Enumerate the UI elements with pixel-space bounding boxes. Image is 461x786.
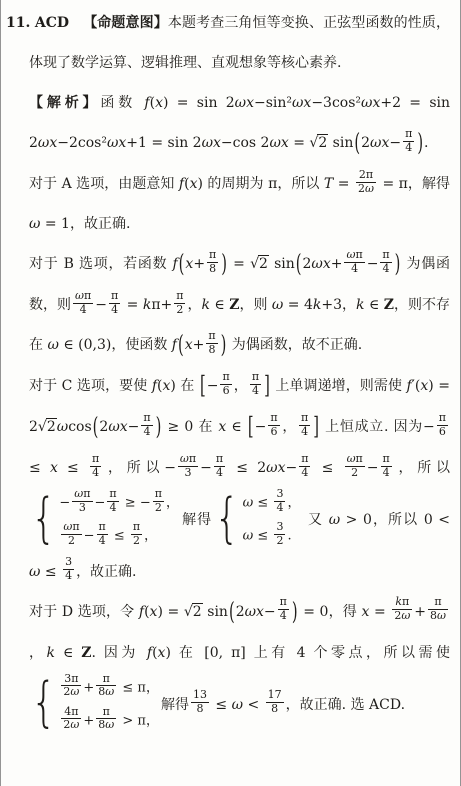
fraction: 34 bbox=[274, 488, 285, 514]
math-variable: ωx bbox=[311, 256, 330, 272]
text-run: ， bbox=[29, 645, 47, 661]
numerator: 3 bbox=[274, 521, 285, 535]
denominator: 6 bbox=[268, 426, 279, 439]
math-variable: ω bbox=[57, 419, 68, 435]
text-run: = 1，故正确. bbox=[40, 216, 130, 232]
text-run: ) = sin 2 bbox=[163, 95, 235, 111]
text-run: ∈ bbox=[226, 419, 247, 435]
denominator: 3 bbox=[72, 502, 92, 515]
math-variable: ω bbox=[272, 297, 283, 313]
text-run: = π，解得 bbox=[378, 176, 450, 192]
denominator: 4 bbox=[63, 570, 74, 583]
text-run: ≥ − bbox=[121, 496, 151, 511]
solution-system-c: {ω ≤ 34，ω ≤ 32. bbox=[214, 490, 300, 550]
denominator: 6 bbox=[437, 426, 448, 439]
math-variable: ω bbox=[365, 182, 374, 195]
math-variable: ωx bbox=[108, 419, 127, 435]
text-run bbox=[69, 15, 83, 31]
denominator: 2ω bbox=[356, 183, 376, 196]
math-variable: ωx bbox=[292, 95, 311, 111]
text-run: ) 的周期为 π，所以 bbox=[197, 176, 323, 192]
radicand: 2 bbox=[317, 134, 328, 151]
fraction: π4 bbox=[299, 453, 310, 479]
text-run: − bbox=[200, 460, 212, 476]
cases-row: ωπ2−π4 ≤ π2， bbox=[59, 523, 179, 549]
numerator: ωπ bbox=[72, 488, 92, 502]
text-run: ≤ bbox=[29, 460, 50, 476]
denominator: 4 bbox=[381, 467, 392, 480]
text-run: ， bbox=[187, 297, 201, 313]
math-variable: ω bbox=[63, 520, 72, 533]
cases-row: −ωπ3−π4 ≥ −π2， bbox=[59, 490, 179, 516]
denominator: 3 bbox=[178, 467, 198, 480]
numerator: π bbox=[96, 673, 116, 687]
math-variable: x bbox=[185, 337, 193, 353]
numerator: π bbox=[107, 488, 118, 502]
fraction: π4 bbox=[250, 371, 261, 397]
fraction: π2 bbox=[131, 521, 142, 547]
numerator: π bbox=[428, 596, 448, 610]
math-variable: ω bbox=[243, 529, 254, 544]
numerator: π bbox=[437, 412, 448, 426]
numerator: ωπ bbox=[61, 521, 81, 535]
text-run: 上恒成立. 因为− bbox=[320, 419, 435, 435]
text-run: +3， bbox=[321, 297, 356, 313]
text-run: + bbox=[83, 713, 94, 728]
text-run: sin bbox=[328, 135, 353, 151]
text-run: sin bbox=[269, 256, 295, 272]
math-variable: k bbox=[201, 297, 209, 313]
problem-number: 11. bbox=[6, 15, 30, 31]
denominator: 2 bbox=[274, 535, 285, 548]
denominator: 2 bbox=[61, 535, 81, 548]
final-answer: 选 ACD. bbox=[351, 696, 405, 712]
numerator: 3 bbox=[274, 488, 285, 502]
math-variable: ω bbox=[180, 452, 189, 465]
fraction: π4 bbox=[380, 249, 391, 275]
math-variable: k bbox=[395, 595, 402, 608]
math-variable: ω bbox=[70, 718, 79, 731]
numerator: ωπ bbox=[178, 453, 198, 467]
big-delimiter: ( bbox=[296, 232, 302, 298]
fraction: ωπ4 bbox=[73, 290, 93, 316]
text-run: = 0，得 bbox=[299, 604, 362, 620]
fraction: 34 bbox=[63, 556, 74, 582]
text-run: cos bbox=[68, 419, 91, 435]
text-run: 2 bbox=[361, 135, 370, 151]
big-delimiter: ] bbox=[264, 354, 270, 420]
fraction: π4 bbox=[214, 453, 225, 479]
cases-row: 3π2ω+π8ω ≤ π， bbox=[59, 675, 159, 701]
math-variable: T bbox=[324, 176, 333, 192]
left-brace: { bbox=[31, 677, 56, 731]
fraction: ωπ3 bbox=[178, 453, 198, 479]
numerator: π bbox=[174, 290, 185, 304]
numerator: 2π bbox=[356, 169, 376, 183]
denominator: 2ω bbox=[392, 610, 412, 623]
denominator: 4 bbox=[299, 467, 310, 480]
big-delimiter: ) bbox=[417, 111, 423, 177]
fraction: π4 bbox=[278, 596, 289, 622]
left-brace: { bbox=[214, 493, 239, 547]
big-delimiter: ( bbox=[229, 580, 235, 646]
math-variable: ω bbox=[232, 696, 243, 712]
denominator: 2 bbox=[345, 467, 365, 480]
text-run: = bbox=[369, 604, 390, 620]
fraction: π8ω bbox=[96, 706, 116, 732]
text-run: ，所以− bbox=[103, 460, 176, 476]
numerator: π bbox=[299, 453, 310, 467]
fraction: 138 bbox=[191, 689, 209, 715]
text-run: 又 bbox=[302, 512, 328, 528]
fraction: π8 bbox=[206, 330, 217, 356]
denominator: 4 bbox=[299, 426, 310, 439]
numerator: π bbox=[403, 128, 414, 142]
fraction: kπ2ω bbox=[392, 596, 412, 622]
numerator: π bbox=[207, 249, 218, 263]
text-run: − bbox=[95, 297, 107, 313]
text-run: ，所以 bbox=[394, 460, 450, 476]
math-variable: ωx bbox=[38, 135, 57, 151]
integer-set-symbol: Z bbox=[229, 297, 239, 313]
cases-rows: ω ≤ 34，ω ≤ 32. bbox=[243, 490, 301, 550]
text-run: π+ bbox=[151, 297, 172, 313]
fraction: π2 bbox=[153, 488, 164, 514]
math-variable: ω bbox=[29, 216, 40, 232]
math-variable: x bbox=[155, 95, 163, 111]
radicand: 2 bbox=[258, 255, 269, 272]
text-run: ≤ π， bbox=[118, 680, 159, 695]
cases-rows: 3π2ω+π8ω ≤ π，4π2ω+π8ω > π， bbox=[59, 675, 159, 735]
cases-row: 4π2ω+π8ω > π， bbox=[59, 708, 159, 734]
math-variable: ωx bbox=[245, 604, 264, 620]
fraction: 32 bbox=[274, 521, 285, 547]
text-run: ，故正确. bbox=[286, 696, 351, 712]
text-run: 对于 D 选项，令 bbox=[29, 604, 139, 620]
math-variable: ω bbox=[347, 452, 356, 465]
numerator: ωπ bbox=[345, 453, 365, 467]
fraction: π4 bbox=[141, 412, 152, 438]
text-run: ， bbox=[282, 419, 297, 435]
fraction: π8ω bbox=[96, 673, 116, 699]
math-variable: x bbox=[50, 460, 58, 476]
fraction: π4 bbox=[381, 453, 392, 479]
text-run: ，则 bbox=[239, 297, 271, 313]
fraction: π6 bbox=[220, 371, 231, 397]
text-run: = bbox=[228, 256, 250, 272]
text-run: 解得 bbox=[161, 696, 189, 712]
denominator: 2ω bbox=[61, 686, 81, 699]
text-run: + bbox=[193, 256, 205, 272]
denominator: 4 bbox=[107, 502, 118, 515]
big-delimiter: ) bbox=[395, 232, 401, 298]
fraction: π8ω bbox=[428, 596, 448, 622]
fraction: ωπ2 bbox=[345, 453, 365, 479]
numerator: π bbox=[220, 371, 231, 385]
fraction: π8 bbox=[207, 249, 218, 275]
numerator: 3π bbox=[61, 673, 81, 687]
analysis-tag: 【解析】 bbox=[29, 95, 100, 111]
fraction: ωπ3 bbox=[72, 488, 92, 514]
denominator: 8 bbox=[207, 263, 218, 276]
radical-sign: √ bbox=[38, 419, 46, 435]
text-run: − bbox=[255, 419, 267, 435]
fraction: ωπ4 bbox=[344, 249, 364, 275]
solution-body: 11. ACD 【命题意图】本题考查三角恒等变换、正弦型函数的性质，体现了数学运… bbox=[6, 3, 450, 736]
text-run: = bbox=[122, 297, 143, 313]
intent-tag: 【命题意图】 bbox=[83, 15, 168, 31]
text-run: 对于 C 选项，要使 bbox=[29, 378, 152, 394]
math-variable: ωx bbox=[269, 135, 288, 151]
big-delimiter: ] bbox=[313, 395, 319, 461]
denominator: 4 bbox=[97, 535, 108, 548]
big-delimiter: ) bbox=[221, 232, 227, 298]
text-run: = bbox=[289, 135, 310, 151]
math-variable: k bbox=[47, 645, 55, 661]
denominator: 8ω bbox=[428, 610, 448, 623]
text-run: − bbox=[367, 460, 379, 476]
denominator: 4 bbox=[274, 502, 285, 515]
inequality-system-d: {3π2ω+π8ω ≤ π，4π2ω+π8ω > π， bbox=[31, 675, 159, 735]
sqrt-expression: √2 bbox=[250, 255, 269, 272]
text-run: ≤ 2 bbox=[227, 460, 266, 476]
text-run: ≤ bbox=[40, 564, 61, 580]
text-run: + bbox=[193, 337, 205, 353]
text-run: +1 = sin 2 bbox=[126, 135, 201, 151]
option-a-paragraph: 对于 A 选项，由题意知 f(x) 的周期为 π，所以 T = 2π2ω = π… bbox=[6, 164, 450, 244]
text-run: ≤ bbox=[110, 529, 129, 544]
fraction: π4 bbox=[299, 412, 310, 438]
text-run: − bbox=[128, 419, 140, 435]
text-run: − bbox=[95, 496, 106, 511]
sqrt-expression: √2 bbox=[184, 603, 203, 620]
cases-row: ω ≤ 34， bbox=[243, 490, 301, 516]
math-variable: k bbox=[356, 297, 364, 313]
text-run: ， bbox=[166, 496, 179, 511]
numerator: π bbox=[131, 521, 142, 535]
numerator: 17 bbox=[266, 689, 284, 703]
text-run: − bbox=[59, 496, 70, 511]
text-run: − bbox=[389, 135, 401, 151]
math-variable: ω bbox=[75, 289, 84, 302]
fraction: 4π2ω bbox=[61, 706, 81, 732]
text-run: + bbox=[331, 256, 343, 272]
sqrt-expression: √2 bbox=[309, 134, 328, 151]
text-run: > 0，所以 0 < bbox=[340, 512, 450, 528]
math-variable: ω bbox=[105, 685, 114, 698]
math-variable: ω bbox=[70, 685, 79, 698]
fraction: π6 bbox=[437, 412, 448, 438]
math-variable: ωx bbox=[361, 95, 380, 111]
text-run: − bbox=[84, 529, 95, 544]
denominator: 8 bbox=[206, 344, 217, 357]
radicand: 2 bbox=[46, 418, 57, 435]
solution-page: 11. ACD 【命题意图】本题考查三角恒等变换、正弦型函数的性质，体现了数学运… bbox=[0, 0, 461, 786]
big-delimiter: [ bbox=[200, 354, 206, 420]
text-run: − bbox=[285, 460, 297, 476]
math-variable: ω bbox=[47, 337, 58, 353]
numerator: π bbox=[278, 596, 289, 610]
big-delimiter: [ bbox=[248, 395, 254, 461]
text-run: ， bbox=[287, 496, 300, 511]
text-run: − bbox=[367, 256, 379, 272]
denominator: 2 bbox=[153, 502, 164, 515]
denominator: 4 bbox=[278, 610, 289, 623]
intent-paragraph: 11. ACD 【命题意图】本题考查三角恒等变换、正弦型函数的性质，体现了数学运… bbox=[6, 3, 450, 83]
numerator: π bbox=[299, 412, 310, 426]
text-run: 对于 B 选项，若函数 bbox=[29, 256, 172, 272]
math-variable: ωx bbox=[235, 95, 254, 111]
text-run: 对于 A 选项，由题意知 bbox=[29, 176, 179, 192]
denominator: 8ω bbox=[96, 719, 116, 732]
text-run: < bbox=[243, 696, 264, 712]
numerator: π bbox=[109, 290, 120, 304]
integer-set-symbol: Z bbox=[384, 297, 394, 313]
numerator: π bbox=[268, 412, 279, 426]
text-run: 函数 bbox=[100, 95, 144, 111]
text-run: ) = bbox=[157, 604, 183, 620]
text-run: > π， bbox=[118, 713, 159, 728]
numerator: π bbox=[380, 249, 391, 263]
text-run: ，故正确. bbox=[76, 564, 136, 580]
fraction: π4 bbox=[109, 290, 120, 316]
numerator: π bbox=[381, 453, 392, 467]
text-run: ) 在 bbox=[170, 378, 199, 394]
math-variable: ωx bbox=[266, 460, 285, 476]
inequality-system-c: {−ωπ3−π4 ≥ −π2，ωπ2−π4 ≤ π2， bbox=[31, 490, 179, 550]
fraction: π4 bbox=[107, 488, 118, 514]
denominator: 8ω bbox=[96, 686, 116, 699]
denominator: 6 bbox=[220, 385, 231, 398]
denominator: 4 bbox=[141, 426, 152, 439]
math-variable: f bbox=[172, 337, 177, 353]
math-variable: ωx bbox=[370, 135, 389, 151]
denominator: 4 bbox=[90, 467, 101, 480]
text-run: ≥ 0 在 bbox=[162, 419, 218, 435]
analysis-paragraph: 【解析】函数 f(x) = sin 2ωx−sin²ωx−3cos²ωx+2 =… bbox=[6, 83, 450, 164]
text-run: − bbox=[207, 378, 219, 394]
integer-set-symbol: Z bbox=[81, 645, 91, 661]
denominator: 2ω bbox=[61, 719, 81, 732]
left-brace: { bbox=[31, 493, 56, 547]
fraction: 178 bbox=[266, 689, 284, 715]
text-run: + bbox=[83, 680, 94, 695]
text-run: −sin² bbox=[254, 95, 292, 111]
fraction: π6 bbox=[268, 412, 279, 438]
text-run: −2cos² bbox=[57, 135, 107, 151]
math-variable: ωx bbox=[107, 135, 126, 151]
numerator: kπ bbox=[392, 596, 412, 610]
text-run: 上单调递增，则需使 bbox=[271, 378, 407, 394]
numerator: 4π bbox=[61, 706, 81, 720]
numerator: π bbox=[90, 453, 101, 467]
math-variable: ω bbox=[437, 609, 446, 622]
answer-letters: ACD bbox=[35, 15, 69, 31]
text-run: ≤ bbox=[312, 460, 342, 476]
text-run: ∈ (0,3)，使函数 bbox=[59, 337, 172, 353]
math-variable: ωx bbox=[202, 135, 221, 151]
denominator: 4 bbox=[403, 142, 414, 155]
math-variable: ω bbox=[243, 496, 254, 511]
numerator: π bbox=[141, 412, 152, 426]
fraction: π4 bbox=[90, 453, 101, 479]
denominator: 8 bbox=[266, 703, 284, 716]
numerator: π bbox=[153, 488, 164, 502]
big-delimiter: ( bbox=[178, 313, 184, 379]
math-variable: ω bbox=[401, 609, 410, 622]
numerator: ωπ bbox=[73, 290, 93, 304]
text-run: ≤ bbox=[253, 496, 272, 511]
fraction: 3π2ω bbox=[61, 673, 81, 699]
numerator: 13 bbox=[191, 689, 209, 703]
math-variable: f bbox=[172, 256, 177, 272]
text-run: ≤ bbox=[211, 696, 232, 712]
text-run: ≤ bbox=[58, 460, 88, 476]
fraction: π4 bbox=[403, 128, 414, 154]
text-run: = 4 bbox=[283, 297, 313, 313]
denominator: 4 bbox=[109, 304, 120, 317]
fraction: π4 bbox=[97, 521, 108, 547]
text-run: ， bbox=[144, 529, 157, 544]
numerator: π bbox=[96, 706, 116, 720]
text-run: = bbox=[333, 176, 354, 192]
option-b-paragraph: 对于 B 选项，若函数 f(x+π8) = √2 sin(2ωx+ωπ4−π4)… bbox=[6, 244, 450, 366]
math-variable: ω bbox=[329, 512, 340, 528]
big-delimiter: ) bbox=[292, 580, 298, 646]
numerator: π bbox=[97, 521, 108, 535]
radical-sign: √ bbox=[250, 256, 258, 272]
text-run: . bbox=[424, 135, 428, 151]
text-run: ∈ bbox=[210, 297, 229, 313]
text-run: ∈ bbox=[55, 645, 81, 661]
text-run: ≤ bbox=[253, 529, 272, 544]
text-run: . bbox=[287, 529, 291, 544]
text-run: 解得 bbox=[181, 512, 212, 528]
text-run: −3cos² bbox=[311, 95, 361, 111]
fraction: 2π2ω bbox=[356, 169, 376, 195]
big-delimiter: ) bbox=[156, 395, 162, 461]
radicand: 2 bbox=[192, 603, 203, 620]
fraction: ωπ2 bbox=[61, 521, 81, 547]
denominator: 4 bbox=[380, 263, 391, 276]
numerator: π bbox=[214, 453, 225, 467]
text-run: 2 bbox=[99, 419, 108, 435]
cases-row: ω ≤ 32. bbox=[243, 523, 301, 549]
denominator: 4 bbox=[214, 467, 225, 480]
math-variable: ω bbox=[74, 487, 83, 500]
text-run: sin bbox=[203, 604, 228, 620]
text-run: 2 bbox=[236, 604, 245, 620]
math-variable: ω bbox=[105, 718, 114, 731]
numerator: ωπ bbox=[344, 249, 364, 263]
numerator: π bbox=[250, 371, 261, 385]
denominator: 4 bbox=[344, 263, 364, 276]
text-run: . 因为 bbox=[92, 645, 147, 661]
text-run: + bbox=[414, 604, 426, 620]
numerator: 3 bbox=[63, 556, 74, 570]
option-d-paragraph: 对于 D 选项，令 f(x) = √2 sin(2ωx−π4) = 0，得 x … bbox=[6, 592, 450, 737]
denominator: 4 bbox=[73, 304, 93, 317]
sqrt-expression: √2 bbox=[38, 418, 57, 435]
text-run: ∈ bbox=[365, 297, 384, 313]
denominator: 8 bbox=[191, 703, 209, 716]
cases-rows: −ωπ3−π4 ≥ −π2，ωπ2−π4 ≤ π2， bbox=[59, 490, 179, 550]
text-run: −cos 2 bbox=[221, 135, 270, 151]
numerator: π bbox=[206, 330, 217, 344]
radical-sign: √ bbox=[184, 604, 192, 620]
text-run: 为偶函数，故不正确. bbox=[227, 337, 362, 353]
math-variable: ω bbox=[346, 248, 355, 261]
